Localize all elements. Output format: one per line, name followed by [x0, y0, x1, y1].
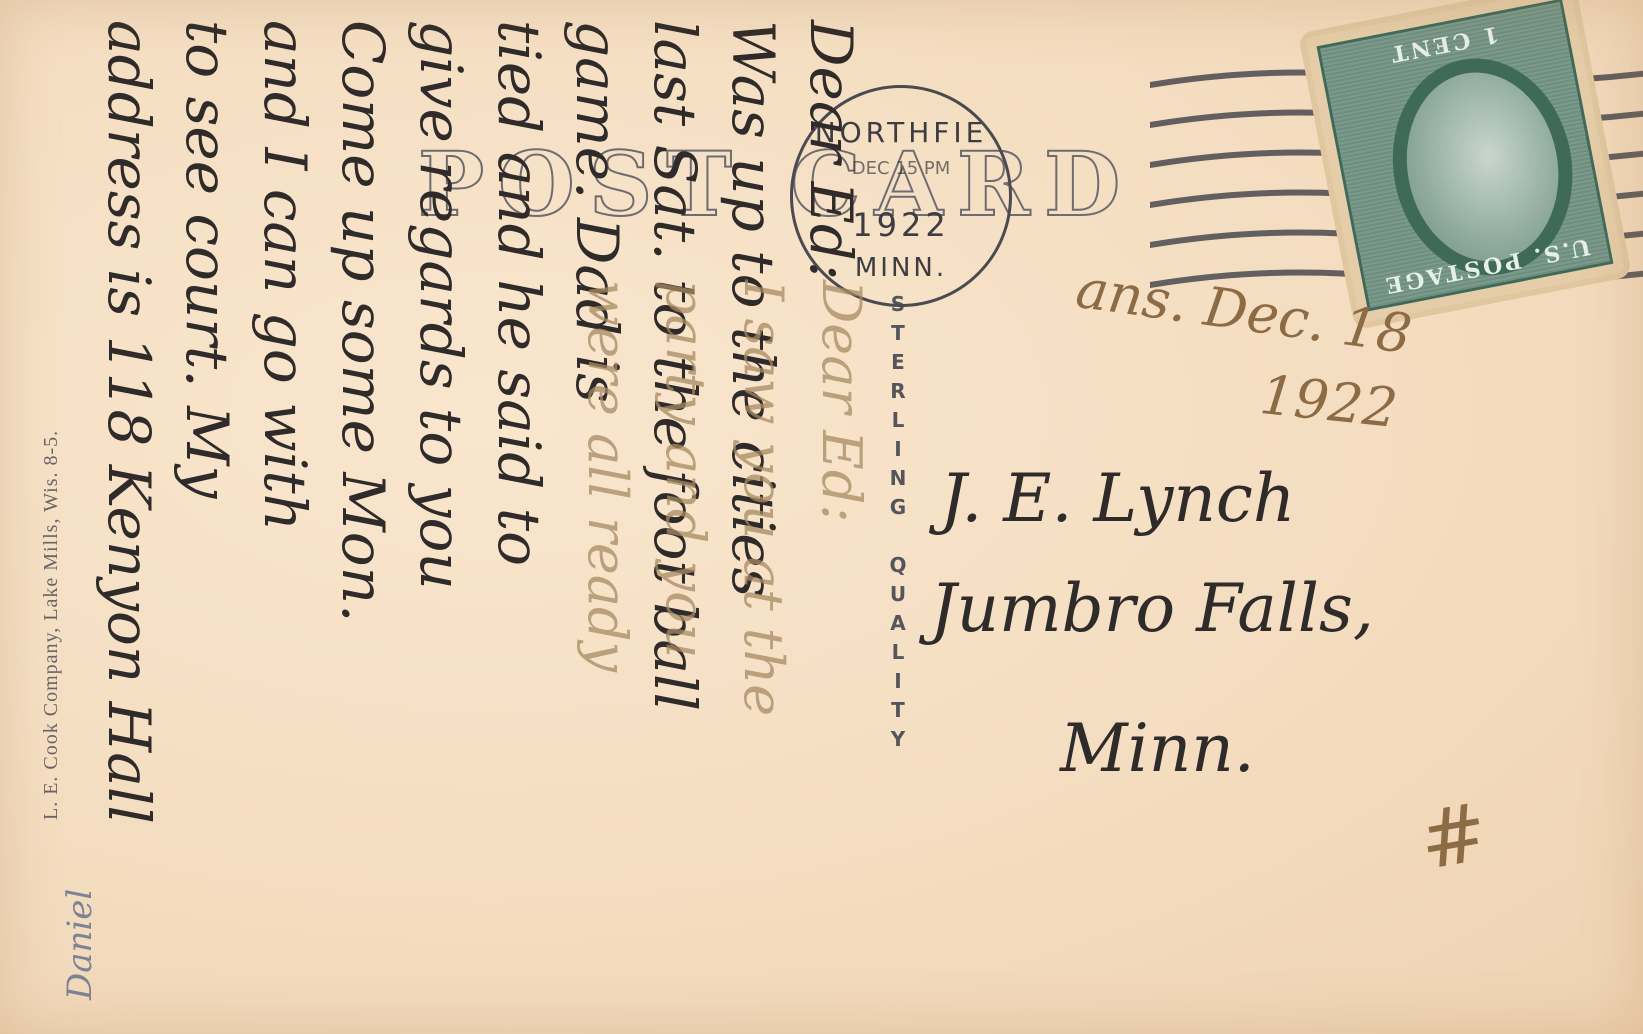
message-line: address is 118 Kenyon Hall	[90, 20, 168, 980]
answered-year: 1922	[1257, 363, 1400, 440]
divider-letter: Q	[889, 551, 906, 580]
pencil-signature: Daniel	[60, 889, 100, 1000]
recipient-city: Jumbro Falls,	[930, 570, 1374, 647]
divider-letter: I	[894, 667, 901, 696]
divider-letter: T	[891, 696, 905, 725]
message-line: tied and he said to	[480, 20, 558, 980]
divider-letter	[895, 522, 902, 551]
divider-letter: N	[890, 464, 907, 493]
postage-stamp: 1 CENT U.S. POSTAGE	[1305, 0, 1625, 323]
postcard-back: POST CARD L. E. Cook Company, Lake Mills…	[0, 0, 1643, 1034]
divider-letter: L	[892, 406, 905, 435]
recipient-name: J. E. Lynch	[940, 460, 1295, 537]
stamp-design: 1 CENT U.S. POSTAGE	[1317, 0, 1614, 311]
message-line: to see court. My	[168, 20, 246, 980]
divider-letter: U	[890, 580, 906, 609]
divider-letter: E	[891, 348, 905, 377]
divider-letter: Y	[891, 725, 905, 754]
sterling-quality-divider: S T E R L I N G Q U A L I T Y	[888, 290, 908, 754]
message-line: Come up some Mon.	[324, 20, 402, 980]
recipient-state: Minn.	[1060, 710, 1255, 787]
divider-letter: R	[890, 377, 905, 406]
crosswritten-line: Dear Ed:	[802, 40, 880, 1000]
divider-letter: T	[891, 319, 905, 348]
crosswritten-message: Dear Ed: I saw you at the party and you …	[568, 40, 880, 1000]
divider-letter: I	[894, 435, 901, 464]
message-line: give regards to you	[402, 20, 480, 980]
divider-letter: L	[892, 638, 905, 667]
crosswritten-line: were all ready	[568, 40, 646, 1000]
crosswritten-line: I saw you at the	[724, 40, 802, 1000]
divider-letter: A	[890, 609, 905, 638]
divider-letter: G	[890, 493, 906, 522]
hash-mark-icon: #	[1412, 785, 1494, 888]
crosswritten-line: party and you	[646, 40, 724, 1000]
message-line: and I can go with	[246, 20, 324, 980]
printer-credit: L. E. Cook Company, Lake Mills, Wis. 8-5…	[40, 430, 63, 820]
